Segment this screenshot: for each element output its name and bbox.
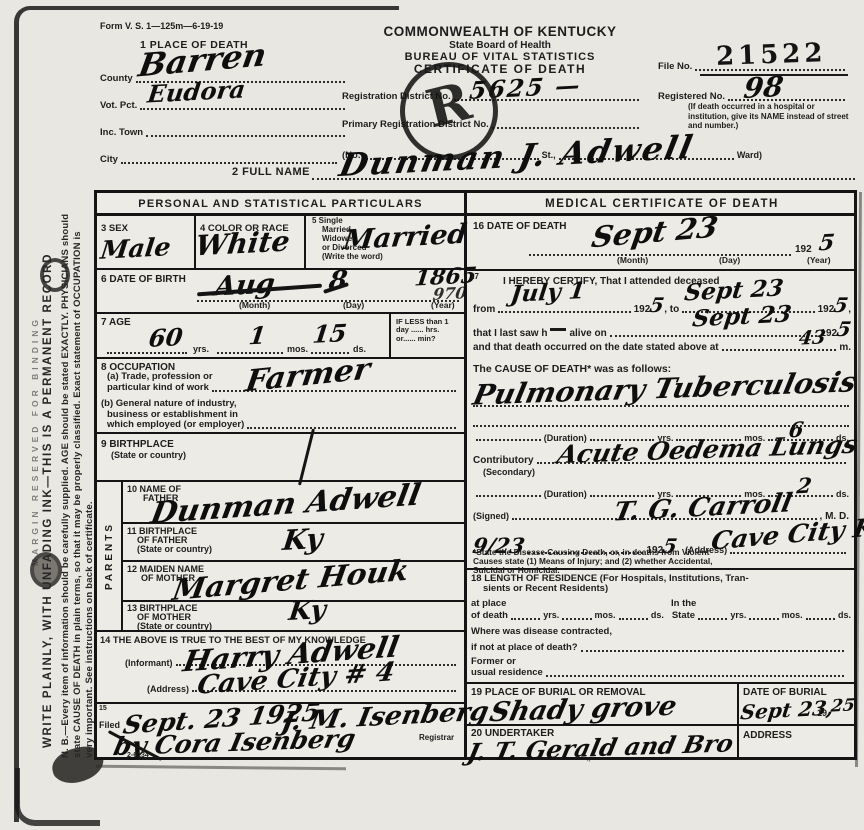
if-less-line3: or...... min? xyxy=(396,335,467,343)
last-saw-dotted xyxy=(610,333,818,337)
res-ds-1: ds. xyxy=(651,610,664,620)
burial-right-cell: DATE OF BURIAL Sept 23, 19 25 ADDRESS xyxy=(739,684,857,757)
father-name-value: Dunman Adwell xyxy=(148,481,422,529)
occupation-b-line xyxy=(247,425,456,429)
sex-value: Male xyxy=(99,234,172,263)
state-board-subtitle: State Board of Health xyxy=(340,40,660,51)
death-certificate-scan: ” MARGIN RESERVED FOR BINDING WRITE PLAI… xyxy=(0,0,864,830)
father-name-row: 10 NAME OF FATHER Dunman Adwell xyxy=(123,482,464,524)
residence-label-2: sients or Recent Residents) xyxy=(483,584,608,595)
dur1-dotted-a xyxy=(476,437,541,441)
death-occurred-label: and that death occurred on the date stat… xyxy=(473,342,719,353)
secondary-caption: (Secondary) xyxy=(483,467,535,477)
certification-row: 17 I HEREBY CERTIFY, That I attended dec… xyxy=(467,271,857,570)
personal-section-header: PERSONAL AND STATISTICAL PARTICULARS xyxy=(97,193,464,216)
in-the-label: In the xyxy=(671,599,696,610)
commonwealth-title: COMMONWEALTH OF KENTUCKY xyxy=(340,24,660,39)
undertaker-address-cell: ADDRESS xyxy=(739,726,857,757)
cause-line-1 xyxy=(473,403,849,407)
age-row: 7 AGE yrs. mos. ds. 60 1 15 IF LESS than… xyxy=(97,314,464,359)
filed-row: 15 Filed Sept. 23 1925 J. M. Isenberg Re… xyxy=(97,704,464,761)
parents-block: PARENTS 10 NAME OF FATHER Dunman Adwell … xyxy=(97,482,464,632)
date-of-death-row: 16 DATE OF DEATH Sept 23 192 5 (Month) (… xyxy=(467,216,857,271)
personal-column: PERSONAL AND STATISTICAL PARTICULARS 3 S… xyxy=(97,193,467,757)
if-not-dotted xyxy=(581,648,844,652)
attended-from-value: July 1 xyxy=(509,279,586,306)
informant-label: (Informant) xyxy=(125,658,173,668)
father-birthplace-row: 11 BIRTHPLACE OF FATHER (State or countr… xyxy=(123,524,464,562)
occupation-b-line3-row: which employed (or employer) xyxy=(107,420,459,431)
dur2-dotted-a xyxy=(476,493,541,497)
form-number: Form V. S. 1—125m—6-19-19 xyxy=(100,21,223,31)
date-of-birth-row: 6 DATE OF BIRTH Aug 8 1865 970 (Month) (… xyxy=(97,270,464,314)
dod-line xyxy=(529,252,791,256)
informant-address-label: (Address) xyxy=(147,684,189,694)
dod-day-caption: (Day) xyxy=(719,256,740,266)
city-label: City xyxy=(100,155,118,166)
occupation-a-label: particular kind of work xyxy=(107,383,209,394)
medical-section-header: MEDICAL CERTIFICATE OF DEATH xyxy=(467,193,857,216)
age-ds-line xyxy=(311,350,349,354)
primary-district-line xyxy=(492,125,639,129)
state-label: State xyxy=(672,611,695,622)
res-mos-2: mos. xyxy=(782,610,803,620)
inc-town-label: Inc. Town xyxy=(100,128,143,139)
father-bp-value: Ky xyxy=(281,525,324,555)
certificate-table: PERSONAL AND STATISTICAL PARTICULARS 3 S… xyxy=(94,190,857,760)
contributory-duration-months-value: 2 xyxy=(796,475,813,497)
city-line xyxy=(121,160,337,164)
if-not-line: if not at place of death? xyxy=(471,643,847,654)
last-saw-line: that I last saw h alive on 192 5 xyxy=(473,319,851,339)
filed-label: Filed xyxy=(99,720,120,730)
file-no-value: 21522 xyxy=(716,38,827,72)
former-label-2: usual residence xyxy=(471,668,543,679)
age-years-value: 60 xyxy=(147,325,184,351)
dob-year-caption: (Year) xyxy=(431,301,455,311)
margin-nb-line1: N. B.—Every item of information should b… xyxy=(60,214,71,758)
death-hour-value: 43 xyxy=(798,328,827,348)
dob-day-caption: (Day) xyxy=(343,301,364,311)
race-value: White xyxy=(194,228,291,261)
signed-label: (Signed) xyxy=(473,511,509,521)
medical-section-title: MEDICAL CERTIFICATE OF DEATH xyxy=(467,193,857,211)
margin-nb-line2: state CAUSE OF DEATH in plain terms, so … xyxy=(72,231,83,758)
residence-row: 18 LENGTH OF RESIDENCE (For Hospitals, I… xyxy=(467,570,857,684)
age-mos-line xyxy=(217,350,283,354)
margin-permanent-record-note: WRITE PLAINLY, WITH UNFADING INK—THIS IS… xyxy=(42,253,54,748)
age-yrs-caption: yrs. xyxy=(193,344,209,354)
from-dotted xyxy=(498,309,630,313)
former-dotted xyxy=(546,673,844,677)
age-label: 7 AGE xyxy=(101,317,131,328)
dob-label: 6 DATE OF BIRTH xyxy=(101,274,186,285)
at-place-label: at place xyxy=(471,599,506,610)
dod-value: Sept 23 xyxy=(590,213,720,253)
race-cell: 4 COLOR OR RACE White xyxy=(196,216,306,268)
if-not-label: if not at place of death? xyxy=(471,643,578,654)
precinct-value: Eudora xyxy=(146,77,246,106)
res-dotted-b xyxy=(562,616,591,620)
undertaker-address-label: ADDRESS xyxy=(743,730,792,741)
marital-cell: 5 Single Married Widowed or Divorced (Wr… xyxy=(306,216,464,268)
res-dotted-a xyxy=(511,616,540,620)
age-mos-caption: mos. xyxy=(287,344,308,354)
mother-bp-caption: (State or country) xyxy=(137,621,212,631)
certify-item-number: 17 xyxy=(470,273,479,282)
burial-place-cell: 19 PLACE OF BURIAL OR REMOVAL Shady grov… xyxy=(467,684,737,726)
res-dotted-f xyxy=(806,616,835,620)
informant-row: 14 THE ABOVE IS TRUE TO THE BEST OF MY K… xyxy=(97,632,464,704)
from-label: from xyxy=(473,304,495,315)
attended-to-value: Sept 23 xyxy=(683,276,785,304)
contributory-label: Contributory xyxy=(473,455,534,466)
of-death-label: of death xyxy=(471,611,508,622)
dob-month-caption: (Month) xyxy=(239,301,270,311)
age-days-value: 15 xyxy=(311,321,348,347)
inc-town-row: Inc. Town xyxy=(100,128,348,139)
to-label: , to xyxy=(664,304,679,315)
medical-column: MEDICAL CERTIFICATE OF DEATH 16 DATE OF … xyxy=(467,193,857,757)
duration-caption-2: (Duration) xyxy=(544,489,587,499)
stamp-letter: R xyxy=(420,71,477,141)
dod-month-caption: (Month) xyxy=(617,256,648,266)
burial-year-prefix: 19 xyxy=(817,708,827,718)
occupation-row: 8 OCCUPATION (a) Trade, profession or pa… xyxy=(97,359,464,434)
birthplace-row: 9 BIRTHPLACE (State or country) xyxy=(97,434,464,482)
undertaker-cell: 20 UNDERTAKER J. T. Gerald and Bro xyxy=(467,726,737,757)
last-saw-year-digit: 5 xyxy=(835,319,852,339)
res-dotted-e xyxy=(749,616,778,620)
sex-cell: 3 SEX Male xyxy=(97,216,196,268)
registrar-label: Registrar xyxy=(419,734,454,743)
full-name-label: 2 FULL NAME xyxy=(232,166,310,178)
res-yrs-2: yrs. xyxy=(730,610,746,620)
personal-section-title: PERSONAL AND STATISTICAL PARTICULARS xyxy=(97,193,464,210)
parents-vertical-cell: PARENTS xyxy=(97,482,123,630)
last-saw-label: that I last saw h xyxy=(473,328,547,339)
age-months-value: 1 xyxy=(247,324,267,349)
parents-rows: 10 NAME OF FATHER Dunman Adwell 11 BIRTH… xyxy=(123,482,464,630)
burial-place-value: Shady grove xyxy=(487,693,679,726)
last-saw-value: Sept 23 xyxy=(691,302,793,330)
birthplace-caption: (State or country) xyxy=(111,450,186,460)
dur2-ds: ds. xyxy=(836,489,849,499)
occupation-b-line3: which employed (or employer) xyxy=(107,420,244,431)
burial-date-cell: DATE OF BURIAL Sept 23, 19 25 xyxy=(739,684,857,726)
marital-write-word-note: (Write the word) xyxy=(312,253,464,262)
where-contracted-label: Where was disease contracted, xyxy=(471,627,612,638)
former-line: usual residence xyxy=(471,668,847,679)
dod-year-digit: 5 xyxy=(818,232,836,255)
city-row: City xyxy=(100,155,340,166)
m-label: m. xyxy=(839,342,851,353)
sex-race-marital-row: 3 SEX Male 4 COLOR OR RACE White 5 Singl… xyxy=(97,216,464,270)
burial-undertaker-row: 19 PLACE OF BURIAL OR REMOVAL Shady grov… xyxy=(467,684,857,757)
hospital-note: (If death occurred in a hospital or inst… xyxy=(688,102,854,131)
file-no-label: File No. xyxy=(658,62,692,73)
margin-binding-note: MARGIN RESERVED FOR BINDING xyxy=(30,316,40,566)
registered-no-value: 98 xyxy=(742,73,785,103)
attended-comma: , xyxy=(848,304,851,315)
death-occurred-line: and that death occurred on the date stat… xyxy=(473,342,851,353)
mother-birthplace-row: 13 BIRTHPLACE OF MOTHER (State or countr… xyxy=(123,602,464,632)
res-ds-2: ds. xyxy=(838,610,851,620)
burial-left-cell: 19 PLACE OF BURIAL OR REMOVAL Shady grov… xyxy=(467,684,739,757)
burial-year-value: 25 xyxy=(830,697,856,715)
pen-stroke xyxy=(298,428,315,485)
alive-on-label: alive on xyxy=(569,328,606,339)
res-dotted-c xyxy=(619,616,648,620)
undertaker-value: J. T. Gerald and Bro xyxy=(465,731,735,764)
birthplace-label: 9 BIRTHPLACE xyxy=(101,439,174,450)
mother-bp-value: Ky xyxy=(287,597,327,625)
precinct-label: Vot. Pct. xyxy=(100,101,137,112)
res-dotted-d xyxy=(698,616,727,620)
inc-town-line xyxy=(146,133,345,137)
dod-year-prefix: 192 xyxy=(795,244,812,255)
ward-label: Ward) xyxy=(737,150,762,160)
dod-year-caption: (Year) xyxy=(807,256,831,266)
marital-value: Married xyxy=(342,221,468,254)
father-bp-caption: (State or country) xyxy=(137,544,212,554)
dob-month-value: Aug xyxy=(213,270,276,300)
residence-duration-line: of death yrs. mos. ds. State yrs. mos. d… xyxy=(471,610,851,622)
him-strikeout xyxy=(550,328,566,331)
res-mos-1: mos. xyxy=(595,610,616,620)
sex-label: 3 SEX xyxy=(101,223,128,234)
county-label: County xyxy=(100,74,133,85)
dod-label: 16 DATE OF DEATH xyxy=(473,221,567,232)
if-less-cell: IF LESS than 1 day ...... hrs. or...... … xyxy=(389,314,467,359)
res-yrs-1: yrs. xyxy=(543,610,559,620)
parents-label: PARENTS xyxy=(104,522,115,590)
filed-item-number: 15 xyxy=(99,705,107,713)
